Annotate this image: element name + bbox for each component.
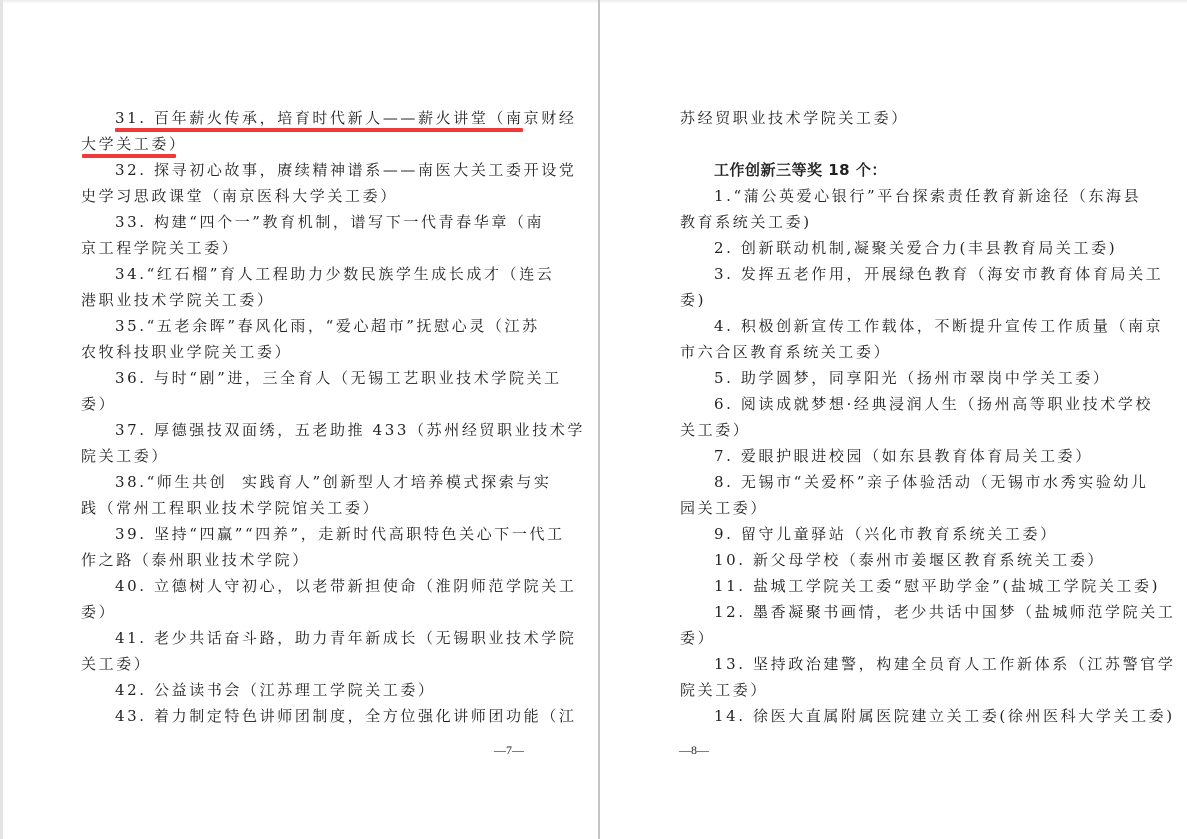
text-line: 42. 公益读书会（江苏理工学院关工委） bbox=[81, 677, 585, 703]
page-7-text: 31. 百年薪火传承，培育时代新人——薪火讲堂（南京财经大学关工委）32. 探寻… bbox=[81, 105, 585, 729]
page-number-8: —8— bbox=[679, 743, 709, 758]
text-line: 41. 老少共话奋斗路，助力青年新成长（无锡职业技术学院 bbox=[81, 625, 585, 651]
text-line: 教育系统关工委) bbox=[680, 209, 1175, 235]
section-heading: 工作创新三等奖 18 个： bbox=[680, 157, 1175, 183]
text-line: 32. 探寻初心故事，赓续精神谱系——南医大关工委开设党 bbox=[81, 157, 585, 183]
text-line: 33. 构建“四个一”教育机制，谱写下一代青春华章（南 bbox=[81, 209, 585, 235]
text-line: 8. 无锡市“关爱杯”亲子体验活动（无锡市水秀实验幼儿 bbox=[680, 469, 1175, 495]
text-line: 关工委） bbox=[680, 417, 1175, 443]
text-line: 36. 与时“剧”进，三全育人（无锡工艺职业技术学院关工 bbox=[81, 365, 585, 391]
text-line: 院关工委） bbox=[81, 443, 585, 469]
text-line: 1.“蒲公英爱心银行”平台探索责任教育新途径（东海县 bbox=[680, 183, 1175, 209]
text-line: 院关工委） bbox=[680, 677, 1175, 703]
document-page-8: 苏经贸职业技术学院关工委）工作创新三等奖 18 个：1.“蒲公英爱心银行”平台探… bbox=[600, 0, 1187, 839]
text-line: 39. 坚持“四赢”“四养”，走新时代高职特色关心下一代工 bbox=[81, 521, 585, 547]
text-line: 苏经贸职业技术学院关工委） bbox=[680, 105, 1175, 131]
text-line: 园关工委） bbox=[680, 495, 1175, 521]
text-line: 3. 发挥五老作用，开展绿色教育（海安市教育体育局关工 bbox=[680, 261, 1175, 287]
text-line: 6. 阅读成就梦想·经典浸润人生（扬州高等职业技术学校 bbox=[680, 391, 1175, 417]
red-underline-annotation-line-1 bbox=[115, 128, 523, 132]
text-line: 7. 爱眼护眼进校园（如东县教育体育局关工委） bbox=[680, 443, 1175, 469]
text-line: 35.“五老余晖”春风化雨，“爱心超市”抚慰心灵（江苏 bbox=[81, 313, 585, 339]
page-8-text: 苏经贸职业技术学院关工委）工作创新三等奖 18 个：1.“蒲公英爱心银行”平台探… bbox=[680, 105, 1175, 729]
text-line: 京工程学院关工委） bbox=[81, 235, 585, 261]
text-line: 市六合区教育系统关工委） bbox=[680, 339, 1175, 365]
text-line: 关工委） bbox=[81, 651, 585, 677]
text-line bbox=[680, 131, 1175, 157]
red-underline-annotation-line-2 bbox=[82, 154, 176, 158]
text-line: 践（常州工程职业技术学院馆关工委） bbox=[81, 495, 585, 521]
text-line: 港职业技术学院关工委） bbox=[81, 287, 585, 313]
text-line: 4. 积极创新宣传工作载体，不断提升宣传工作质量（南京 bbox=[680, 313, 1175, 339]
text-line: 11. 盐城工学院关工委“慰平助学金”(盐城工学院关工委) bbox=[680, 573, 1175, 599]
document-page-7: 31. 百年薪火传承，培育时代新人——薪火讲堂（南京财经大学关工委）32. 探寻… bbox=[3, 0, 598, 839]
page-number-7: —7— bbox=[494, 743, 524, 758]
text-line: 作之路（泰州职业技术学院） bbox=[81, 547, 585, 573]
text-line: 34.“红石榴”育人工程助力少数民族学生成长成才（连云 bbox=[81, 261, 585, 287]
text-line: 委） bbox=[81, 391, 585, 417]
text-line: 12. 墨香凝聚书画情，老少共话中国梦（盐城师范学院关工 bbox=[680, 599, 1175, 625]
text-line: 9. 留守儿童驿站（兴化市教育系统关工委） bbox=[680, 521, 1175, 547]
text-line: 5. 助学圆梦，同享阳光（扬州市翠岗中学关工委） bbox=[680, 365, 1175, 391]
text-line: 委） bbox=[81, 599, 585, 625]
text-line: 10. 新父母学校（泰州市姜堰区教育系统关工委） bbox=[680, 547, 1175, 573]
text-line: 史学习思政课堂（南京医科大学关工委） bbox=[81, 183, 585, 209]
text-line: 委) bbox=[680, 287, 1175, 313]
text-line: 委） bbox=[680, 625, 1175, 651]
text-line: 2. 创新联动机制,凝聚关爱合力(丰县教育局关工委) bbox=[680, 235, 1175, 261]
text-line: 37. 厚德强技双面绣，五老助推 433（苏州经贸职业技术学 bbox=[81, 417, 585, 443]
text-line: 43. 着力制定特色讲师团制度，全方位强化讲师团功能（江 bbox=[81, 703, 585, 729]
text-line: 40. 立德树人守初心，以老带新担使命（淮阴师范学院关工 bbox=[81, 573, 585, 599]
text-line: 13. 坚持政治建警，构建全员育人工作新体系（江苏警官学 bbox=[680, 651, 1175, 677]
text-line: 14. 徐医大直属附属医院建立关工委(徐州医科大学关工委) bbox=[680, 703, 1175, 729]
text-line: 农牧科技职业学院关工委） bbox=[81, 339, 585, 365]
text-line: 38.“师生共创 实践育人”创新型人才培养模式探索与实 bbox=[81, 469, 585, 495]
